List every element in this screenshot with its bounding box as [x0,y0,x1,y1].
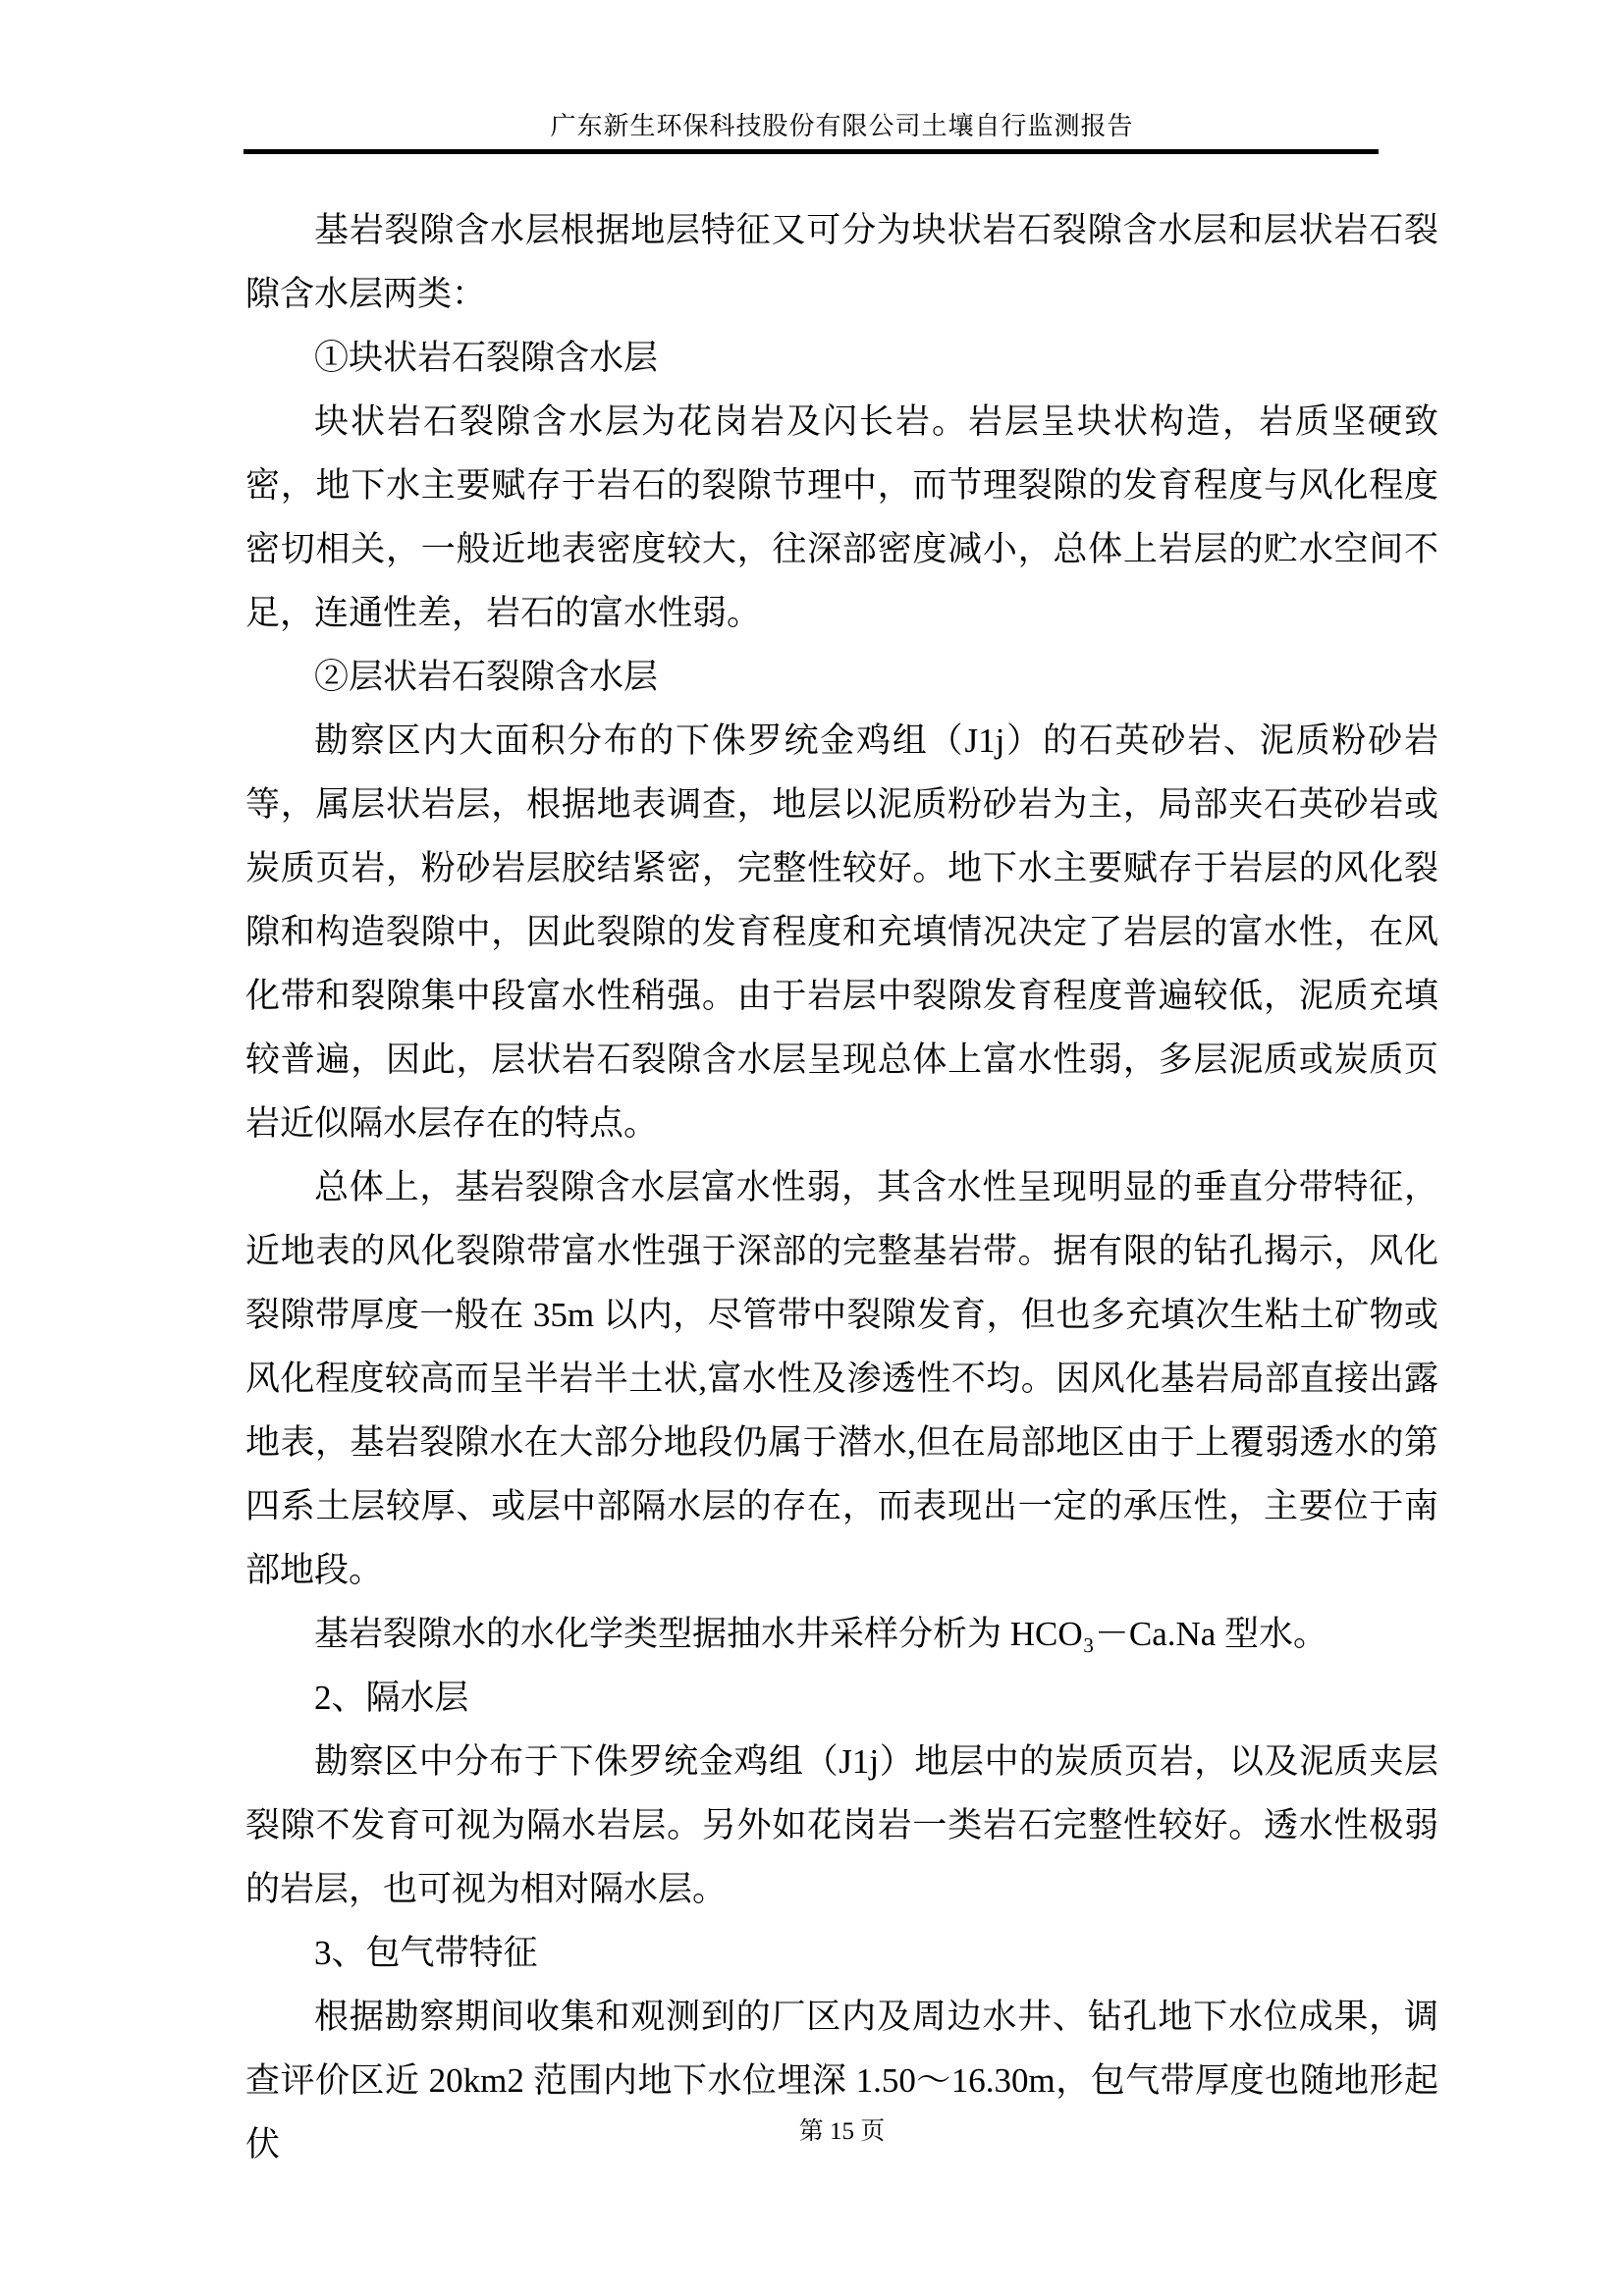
body-paragraph: ①块状岩石裂隙含水层 [245,326,1438,390]
body-paragraph: 勘察区中分布于下侏罗统金鸡组（J1j）地层中的炭质页岩，以及泥质夹层裂隙不发育可… [245,1730,1438,1921]
document-body: 基岩裂隙含水层根据地层特征又可分为块状岩石裂隙含水层和层状岩石裂隙含水层两类： … [245,198,1438,2176]
body-paragraph: 勘察区内大面积分布的下侏罗统金鸡组（J1j）的石英砂岩、泥质粉砂岩等，属层状岩层… [245,709,1438,1155]
body-paragraph: 基岩裂隙含水层根据地层特征又可分为块状岩石裂隙含水层和层状岩石裂隙含水层两类： [245,198,1438,326]
body-paragraph: 块状岩石裂隙含水层为花岗岩及闪长岩。岩层呈块状构造，岩质坚硬致密，地下水主要赋存… [245,390,1438,645]
header-rule [244,149,1379,154]
body-paragraph: ②层状岩石裂隙含水层 [245,645,1438,709]
document-page: 广东新生环保科技股份有限公司土壤自行监测报告 基岩裂隙含水层根据地层特征又可分为… [0,0,1624,2296]
body-paragraph: 基岩裂隙水的水化学类型据抽水井采样分析为 HCO₃－Ca.Na 型水。 [245,1602,1438,1666]
body-paragraph: 总体上，基岩裂隙含水层富水性弱，其含水性呈现明显的垂直分带特征，近地表的风化裂隙… [245,1155,1438,1602]
page-header-title: 广东新生环保科技股份有限公司土壤自行监测报告 [245,110,1438,143]
body-paragraph: 2、隔水层 [245,1666,1438,1730]
body-paragraph: 3、包气带特征 [245,1921,1438,1985]
page-number: 第 15 页 [245,2116,1438,2148]
